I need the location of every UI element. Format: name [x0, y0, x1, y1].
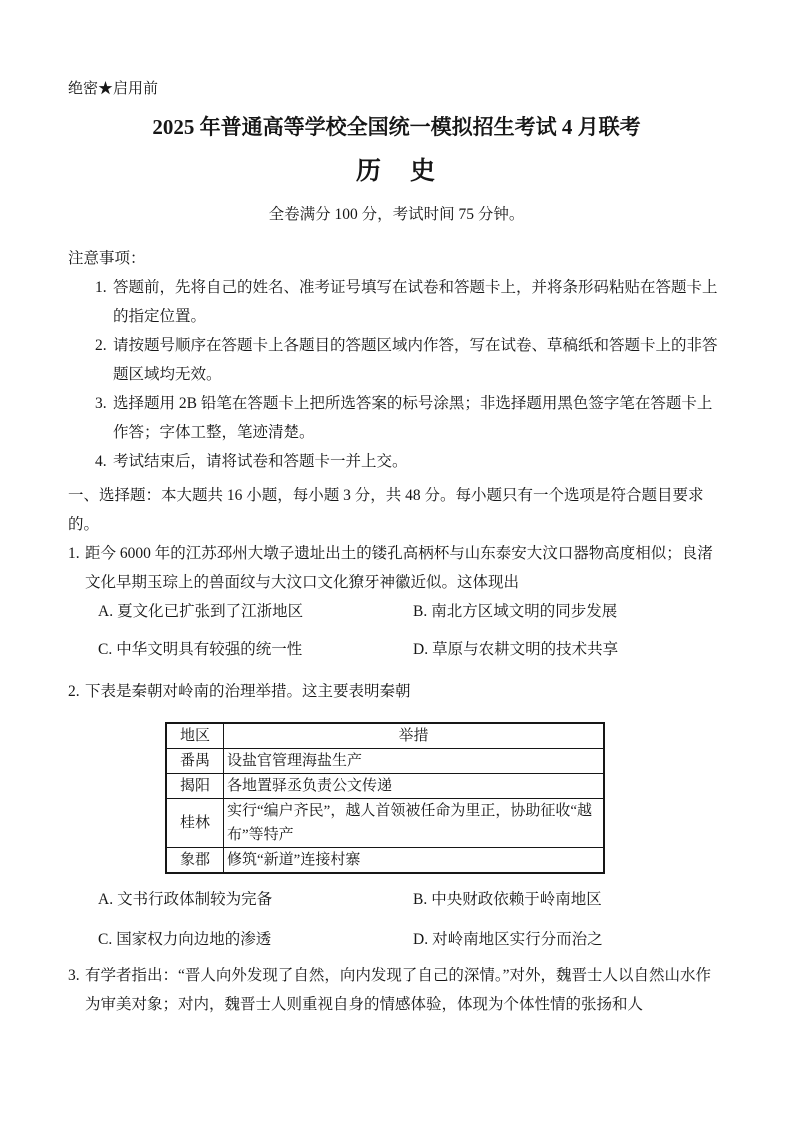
question-stem: 距今 6000 年的江苏邳州大墩子遗址出土的镂孔高柄杯与山东泰安大汶口器物高度相… [85, 539, 725, 597]
note-item-2: 2. 请按题号顺序在答题卡上各题目的答题区域内作答，写在试卷、草稿纸和答题卡上的… [68, 331, 725, 389]
option-label: D. [413, 931, 428, 948]
question-number: 3. [68, 961, 85, 1019]
question-body: 下表是秦朝对岭南的治理举措。这主要表明秦朝 地区 举措 番禺 设盐官管理海盐生产… [85, 677, 725, 954]
question-stem: 有学者指出：“晋人向外发现了自然，向内发现了自己的深情。”对外，魏晋士人以自然山… [85, 961, 725, 1019]
table-cell-measure: 实行“编户齐民”，越人首领被任命为里正，协助征收“越布”等特产 [224, 799, 605, 848]
option-text: 国家权力向边地的渗透 [116, 931, 271, 948]
option-label: C. [98, 931, 112, 948]
note-item-3: 3. 选择题用 2B 铅笔在答题卡上把所选答案的标号涂黑；非选择题用黑色签字笔在… [68, 389, 725, 447]
table-cell-region: 揭阳 [166, 774, 224, 799]
option-a: A.夏文化已扩张到了江浙地区 [98, 597, 413, 626]
table-cell-region: 桂林 [166, 799, 224, 848]
note-text: 请按题号顺序在答题卡上各题目的答题区域内作答，写在试卷、草稿纸和答题卡上的非答题… [113, 331, 725, 389]
question-number: 2. [68, 677, 85, 954]
option-label: D. [413, 641, 428, 658]
score-info-line: 全卷满分 100 分，考试时间 75 分钟。 [68, 200, 725, 229]
option-label: A. [98, 603, 113, 620]
table-row: 番禺 设盐官管理海盐生产 [166, 749, 604, 774]
question-stem: 下表是秦朝对岭南的治理举措。这主要表明秦朝 [85, 677, 725, 706]
note-text: 选择题用 2B 铅笔在答题卡上把所选答案的标号涂黑；非选择题用黑色签字笔在答题卡… [113, 389, 725, 447]
note-number: 4. [95, 447, 113, 476]
note-text: 答题前，先将自己的姓名、准考证号填写在试卷和答题卡上，并将条形码粘贴在答题卡上的… [113, 273, 725, 331]
option-text: 南北方区域文明的同步发展 [431, 603, 617, 620]
option-text: 夏文化已扩张到了江浙地区 [117, 603, 303, 620]
option-c: C.中华文明具有较强的统一性 [98, 635, 413, 664]
note-item-4: 4. 考试结束后，请将试卷和答题卡一并上交。 [68, 447, 725, 476]
exam-paper-page: 绝密★启用前 2025 年普通高等学校全国统一模拟招生考试 4 月联考 历 史 … [0, 0, 793, 1121]
option-text: 文书行政体制较为完备 [117, 891, 272, 908]
note-number: 1. [95, 273, 113, 331]
table-row: 象郡 修筑“新道”连接村寨 [166, 848, 604, 874]
question-1: 1. 距今 6000 年的江苏邳州大墩子遗址出土的镂孔高柄杯与山东泰安大汶口器物… [68, 539, 725, 664]
option-text: 草原与农耕文明的技术共享 [432, 641, 618, 658]
option-label: B. [413, 603, 427, 620]
table-cell-region: 番禺 [166, 749, 224, 774]
option-a: A.文书行政体制较为完备 [98, 885, 413, 914]
option-text: 中央财政依赖于岭南地区 [431, 891, 602, 908]
option-label: C. [98, 641, 112, 658]
exam-title: 2025 年普通高等学校全国统一模拟招生考试 4 月联考 [68, 112, 725, 142]
note-number: 3. [95, 389, 113, 447]
option-label: B. [413, 891, 427, 908]
table-cell-measure: 设盐官管理海盐生产 [224, 749, 605, 774]
question-number: 1. [68, 539, 85, 664]
option-label: A. [98, 891, 113, 908]
subject-title: 历 史 [68, 155, 725, 189]
options-grid: A.夏文化已扩张到了江浙地区 B.南北方区域文明的同步发展 C.中华文明具有较强… [85, 597, 725, 664]
table-cell-measure: 各地置驿丞负责公文传递 [224, 774, 605, 799]
note-item-1: 1. 答题前，先将自己的姓名、准考证号填写在试卷和答题卡上，并将条形码粘贴在答题… [68, 273, 725, 331]
measures-table: 地区 举措 番禺 设盐官管理海盐生产 揭阳 各地置驿丞负责公文传递 桂林 实行“… [165, 722, 605, 874]
option-d: D.对岭南地区实行分而治之 [413, 925, 725, 954]
table-cell-measure: 修筑“新道”连接村寨 [224, 848, 605, 874]
question-2: 2. 下表是秦朝对岭南的治理举措。这主要表明秦朝 地区 举措 番禺 设盐官管理海… [68, 677, 725, 954]
option-b: B.南北方区域文明的同步发展 [413, 597, 725, 626]
note-text: 考试结束后，请将试卷和答题卡一并上交。 [113, 447, 725, 476]
note-number: 2. [95, 331, 113, 389]
question-3: 3. 有学者指出：“晋人向外发现了自然，向内发现了自己的深情。”对外，魏晋士人以… [68, 961, 725, 1019]
option-d: D.草原与农耕文明的技术共享 [413, 635, 725, 664]
option-c: C.国家权力向边地的渗透 [98, 925, 413, 954]
security-label: 绝密★启用前 [68, 80, 725, 98]
table-row: 桂林 实行“编户齐民”，越人首领被任命为里正，协助征收“越布”等特产 [166, 799, 604, 848]
option-text: 对岭南地区实行分而治之 [432, 931, 603, 948]
table-row: 揭阳 各地置驿丞负责公文传递 [166, 774, 604, 799]
options-grid: A.文书行政体制较为完备 B.中央财政依赖于岭南地区 C.国家权力向边地的渗透 … [85, 885, 725, 954]
option-b: B.中央财政依赖于岭南地区 [413, 885, 725, 914]
option-text: 中华文明具有较强的统一性 [116, 641, 302, 658]
question-body: 有学者指出：“晋人向外发现了自然，向内发现了自己的深情。”对外，魏晋士人以自然山… [85, 961, 725, 1019]
notes-title: 注意事项： [68, 244, 725, 273]
table-cell-region: 象郡 [166, 848, 224, 874]
table-header-region: 地区 [166, 723, 224, 749]
table-header-measure: 举措 [224, 723, 605, 749]
question-body: 距今 6000 年的江苏邳州大墩子遗址出土的镂孔高柄杯与山东泰安大汶口器物高度相… [85, 539, 725, 664]
table-header-row: 地区 举措 [166, 723, 604, 749]
section-one-heading: 一、选择题：本大题共 16 小题，每小题 3 分，共 48 分。每小题只有一个选… [68, 481, 725, 539]
notes-section: 注意事项： 1. 答题前，先将自己的姓名、准考证号填写在试卷和答题卡上，并将条形… [68, 244, 725, 476]
